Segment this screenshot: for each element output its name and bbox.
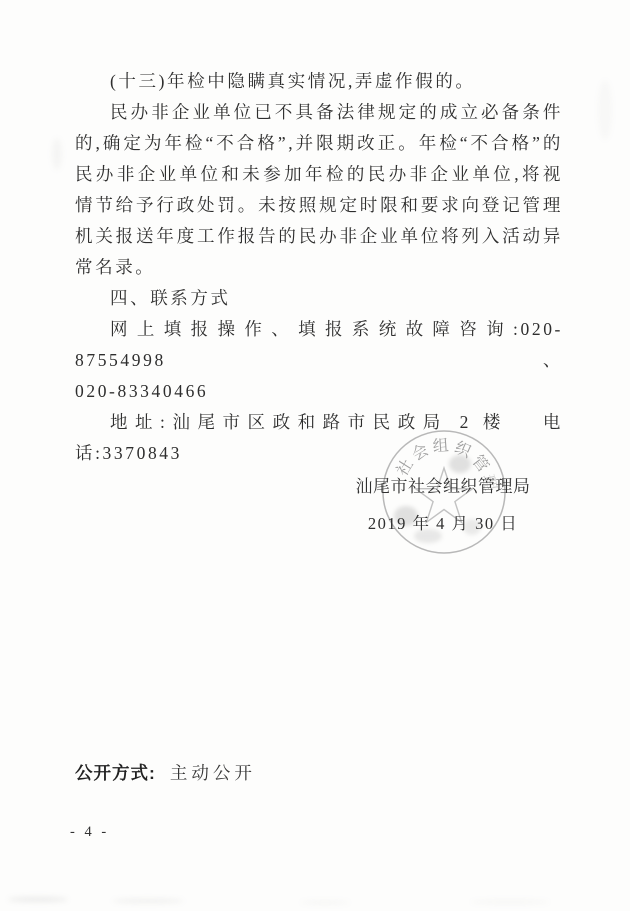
signature-block: 汕尾市社会组织管理局 2019 年 4 月 30 日 [328,477,558,534]
svg-text:管: 管 [468,452,492,476]
disclosure-line: 公开方式:主动公开 [75,760,256,785]
scan-artifact [8,897,68,902]
scan-artifact [470,900,550,904]
svg-text:组: 组 [432,437,449,456]
disclosure-label: 公开方式: [75,763,156,783]
scanned-document-page: (十三)年检中隐瞒真实情况,弄虚作假的。 民办非企业单位已不具备法律规定的成立必… [0,0,630,911]
paragraph-penalty: 民办非企业单位已不具备法律规定的成立必备条件的,确定为年检“不合格”,并限期改正… [75,97,563,283]
disclosure-value: 主动公开 [170,763,256,783]
hotline-line-1: 网上填报操作、填报系统故障咨询:020-87554998、 [75,314,563,376]
seal-smudge [449,455,471,473]
signing-date: 2019 年 4 月 30 日 [328,510,558,534]
page-number: - 4 - [70,824,109,841]
contact-section-heading: 四、联系方式 [75,283,563,314]
scan-artifact [300,901,350,904]
svg-text:会: 会 [409,441,432,465]
scan-artifact [52,138,62,170]
svg-text:社: 社 [393,456,417,479]
document-body: (十三)年检中隐瞒真实情况,弄虚作假的。 民办非企业单位已不具备法律规定的成立必… [75,66,563,469]
paragraph-item13: (十三)年检中隐瞒真实情况,弄虚作假的。 [75,66,563,97]
scan-artifact [598,80,612,140]
signing-organization: 汕尾市社会组织管理局 [328,477,558,497]
hotline-line-2: 020-83340466 [75,376,563,407]
scan-artifact [112,899,184,903]
